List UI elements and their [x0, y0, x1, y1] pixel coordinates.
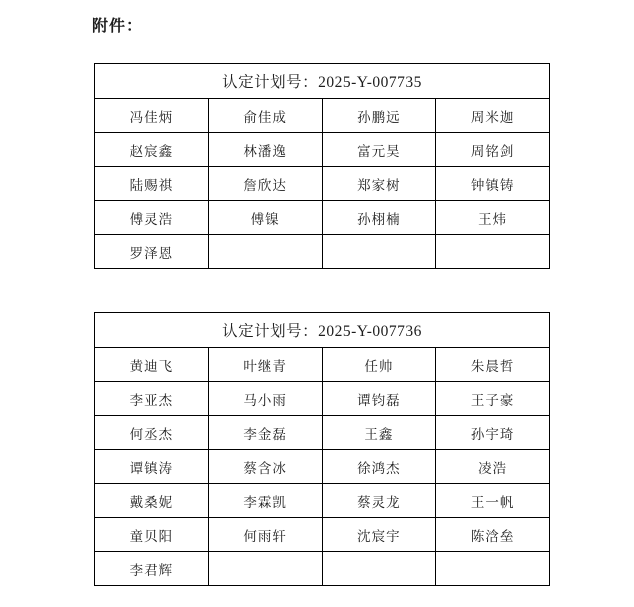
name-cell: 孙鹏远 [322, 99, 436, 133]
table-row: 童贝阳 何雨轩 沈宸宇 陈浛垒 [95, 518, 550, 552]
name-cell: 任帅 [322, 348, 436, 382]
table-row: 罗泽恩 [95, 235, 550, 269]
name-cell: 周铭剑 [436, 133, 550, 167]
name-cell: 蔡灵龙 [322, 484, 436, 518]
name-cell: 李君辉 [95, 552, 209, 586]
table-row: 陆赐祺 詹欣达 郑家树 钟镇铸 [95, 167, 550, 201]
name-cell: 傅灵浩 [95, 201, 209, 235]
table-row: 赵宸鑫 林潘逸 富元昊 周铭剑 [95, 133, 550, 167]
name-cell: 朱晨哲 [436, 348, 550, 382]
name-cell [436, 552, 550, 586]
attachment-title: 附件： [92, 13, 143, 36]
name-cell: 林潘逸 [208, 133, 322, 167]
plan-table-007735: 认定计划号：2025-Y-007735 冯佳炳 俞佳成 孙鹏远 周米迦 赵宸鑫 … [94, 63, 550, 269]
name-cell: 王炜 [436, 201, 550, 235]
name-cell: 王一帆 [436, 484, 550, 518]
name-cell: 俞佳成 [208, 99, 322, 133]
name-cell: 黄迪飞 [95, 348, 209, 382]
name-cell: 赵宸鑫 [95, 133, 209, 167]
name-cell: 陈浛垒 [436, 518, 550, 552]
name-cell [322, 235, 436, 269]
table-row: 李君辉 [95, 552, 550, 586]
name-cell: 童贝阳 [95, 518, 209, 552]
name-cell: 傅镍 [208, 201, 322, 235]
plan-table-007736: 认定计划号：2025-Y-007736 黄迪飞 叶继青 任帅 朱晨哲 李亚杰 马… [94, 312, 550, 586]
name-cell: 郑家树 [322, 167, 436, 201]
name-cell: 罗泽恩 [95, 235, 209, 269]
table-header-row: 认定计划号：2025-Y-007736 [95, 313, 550, 348]
name-cell: 谭镇涛 [95, 450, 209, 484]
name-cell: 蔡含冰 [208, 450, 322, 484]
name-cell [322, 552, 436, 586]
plan-number-header: 认定计划号：2025-Y-007735 [95, 64, 550, 99]
name-cell: 周米迦 [436, 99, 550, 133]
name-cell: 陆赐祺 [95, 167, 209, 201]
name-cell: 钟镇铸 [436, 167, 550, 201]
name-cell: 李亚杰 [95, 382, 209, 416]
name-cell: 谭钧磊 [322, 382, 436, 416]
name-cell: 马小雨 [208, 382, 322, 416]
name-cell: 何雨轩 [208, 518, 322, 552]
name-cell [208, 552, 322, 586]
table-row: 谭镇涛 蔡含冰 徐鸿杰 凌浩 [95, 450, 550, 484]
table-row: 何丞杰 李金磊 王鑫 孙宇琦 [95, 416, 550, 450]
name-cell [208, 235, 322, 269]
table-row: 傅灵浩 傅镍 孙栩楠 王炜 [95, 201, 550, 235]
name-cell: 孙栩楠 [322, 201, 436, 235]
name-cell: 李金磊 [208, 416, 322, 450]
name-cell: 李霖凯 [208, 484, 322, 518]
table-row: 戴桑妮 李霖凯 蔡灵龙 王一帆 [95, 484, 550, 518]
name-cell: 王鑫 [322, 416, 436, 450]
name-cell: 凌浩 [436, 450, 550, 484]
name-cell: 詹欣达 [208, 167, 322, 201]
name-cell: 王子豪 [436, 382, 550, 416]
name-cell: 戴桑妮 [95, 484, 209, 518]
plan-number-header: 认定计划号：2025-Y-007736 [95, 313, 550, 348]
name-cell: 何丞杰 [95, 416, 209, 450]
name-cell: 沈宸宇 [322, 518, 436, 552]
name-cell: 富元昊 [322, 133, 436, 167]
name-cell: 孙宇琦 [436, 416, 550, 450]
name-cell: 叶继青 [208, 348, 322, 382]
name-cell: 徐鸿杰 [322, 450, 436, 484]
table-row: 李亚杰 马小雨 谭钧磊 王子豪 [95, 382, 550, 416]
document-page: 附件： 认定计划号：2025-Y-007735 冯佳炳 俞佳成 孙鹏远 周米迦 … [0, 0, 634, 607]
table-header-row: 认定计划号：2025-Y-007735 [95, 64, 550, 99]
name-cell: 冯佳炳 [95, 99, 209, 133]
table-row: 冯佳炳 俞佳成 孙鹏远 周米迦 [95, 99, 550, 133]
name-cell [436, 235, 550, 269]
table-row: 黄迪飞 叶继青 任帅 朱晨哲 [95, 348, 550, 382]
